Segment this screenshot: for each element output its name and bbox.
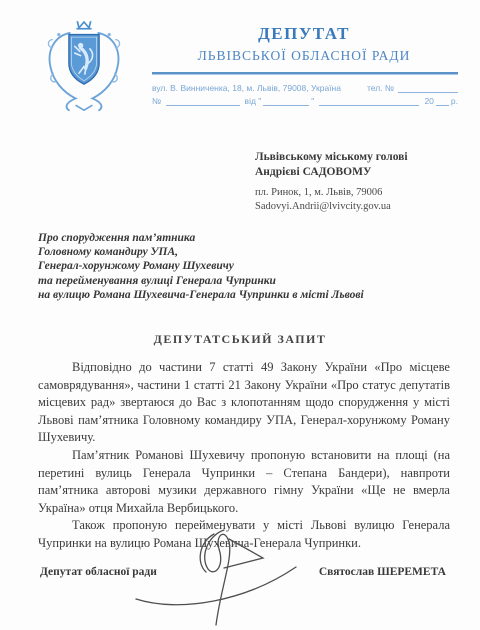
letterhead-rule xyxy=(152,72,458,75)
recipient-name: Андрієві САДОВОМУ xyxy=(255,165,408,180)
recipient-block: Львівському міському голові Андрієві САД… xyxy=(255,150,408,213)
year-blank-line xyxy=(436,96,449,106)
date-close-quote: " xyxy=(311,96,314,106)
year-label: 20 xyxy=(424,96,433,106)
recipient-email: Sadovyi.Andrii@lvivcity.gov.ua xyxy=(255,200,408,214)
subject-line: Головному командиру УПА, xyxy=(38,245,364,259)
letter-body: Відповідно до частини 7 статті 49 Закону… xyxy=(38,359,450,553)
handwritten-signature xyxy=(128,527,306,627)
tel-label: тел. № xyxy=(367,83,394,93)
recipient-address: пл. Ринок, 1, м. Львів, 79006 xyxy=(255,186,408,200)
date-month-blank-line xyxy=(319,96,419,106)
letterhead-subtitle: ЛЬВІВСЬКОЇ ОБЛАСНОЇ РАДИ xyxy=(150,48,458,64)
document-heading: ДЕПУТАТСЬКИЙ ЗАПИТ xyxy=(0,332,480,347)
subject-line: на вулицю Романа Шухевича-Генерала Чупри… xyxy=(38,288,364,302)
subject-line: та перейменування вулиці Генерала Чуприн… xyxy=(38,274,364,288)
subject-line: Генерал-хорунжому Роману Шухевичу xyxy=(38,259,364,273)
date-day-blank-line xyxy=(263,96,309,106)
signer-name: Святослав ШЕРЕМЕТА xyxy=(319,566,446,578)
number-label: № xyxy=(152,96,161,106)
body-paragraph: Відповідно до частини 7 статті 49 Закону… xyxy=(38,359,450,447)
letterhead-number-row: № від " " 20 р. xyxy=(152,96,458,106)
tel-blank-line xyxy=(398,83,458,93)
letterhead-address: вул. В. Винниченка, 18, м. Львів, 79008,… xyxy=(152,83,341,93)
number-blank-line xyxy=(166,96,239,106)
date-label: від " xyxy=(245,96,262,106)
subject-block: Про спорудження пам’ятника Головному ком… xyxy=(38,231,364,302)
subject-line: Про спорудження пам’ятника xyxy=(38,231,364,245)
letter-page: ДЕПУТАТ ЛЬВІВСЬКОЇ ОБЛАСНОЇ РАДИ вул. В.… xyxy=(0,0,480,630)
letterhead: ДЕПУТАТ ЛЬВІВСЬКОЇ ОБЛАСНОЇ РАДИ xyxy=(150,24,458,64)
recipient-title: Львівському міському голові xyxy=(255,150,408,165)
year-suffix: р. xyxy=(451,96,458,106)
lviv-oblast-coat-of-arms-icon xyxy=(42,14,126,114)
body-paragraph: Пам’ятник Романові Шухевичу пропоную вст… xyxy=(38,447,450,517)
letterhead-title: ДЕПУТАТ xyxy=(150,24,458,44)
letterhead-address-row: вул. В. Винниченка, 18, м. Львів, 79008,… xyxy=(152,83,458,93)
